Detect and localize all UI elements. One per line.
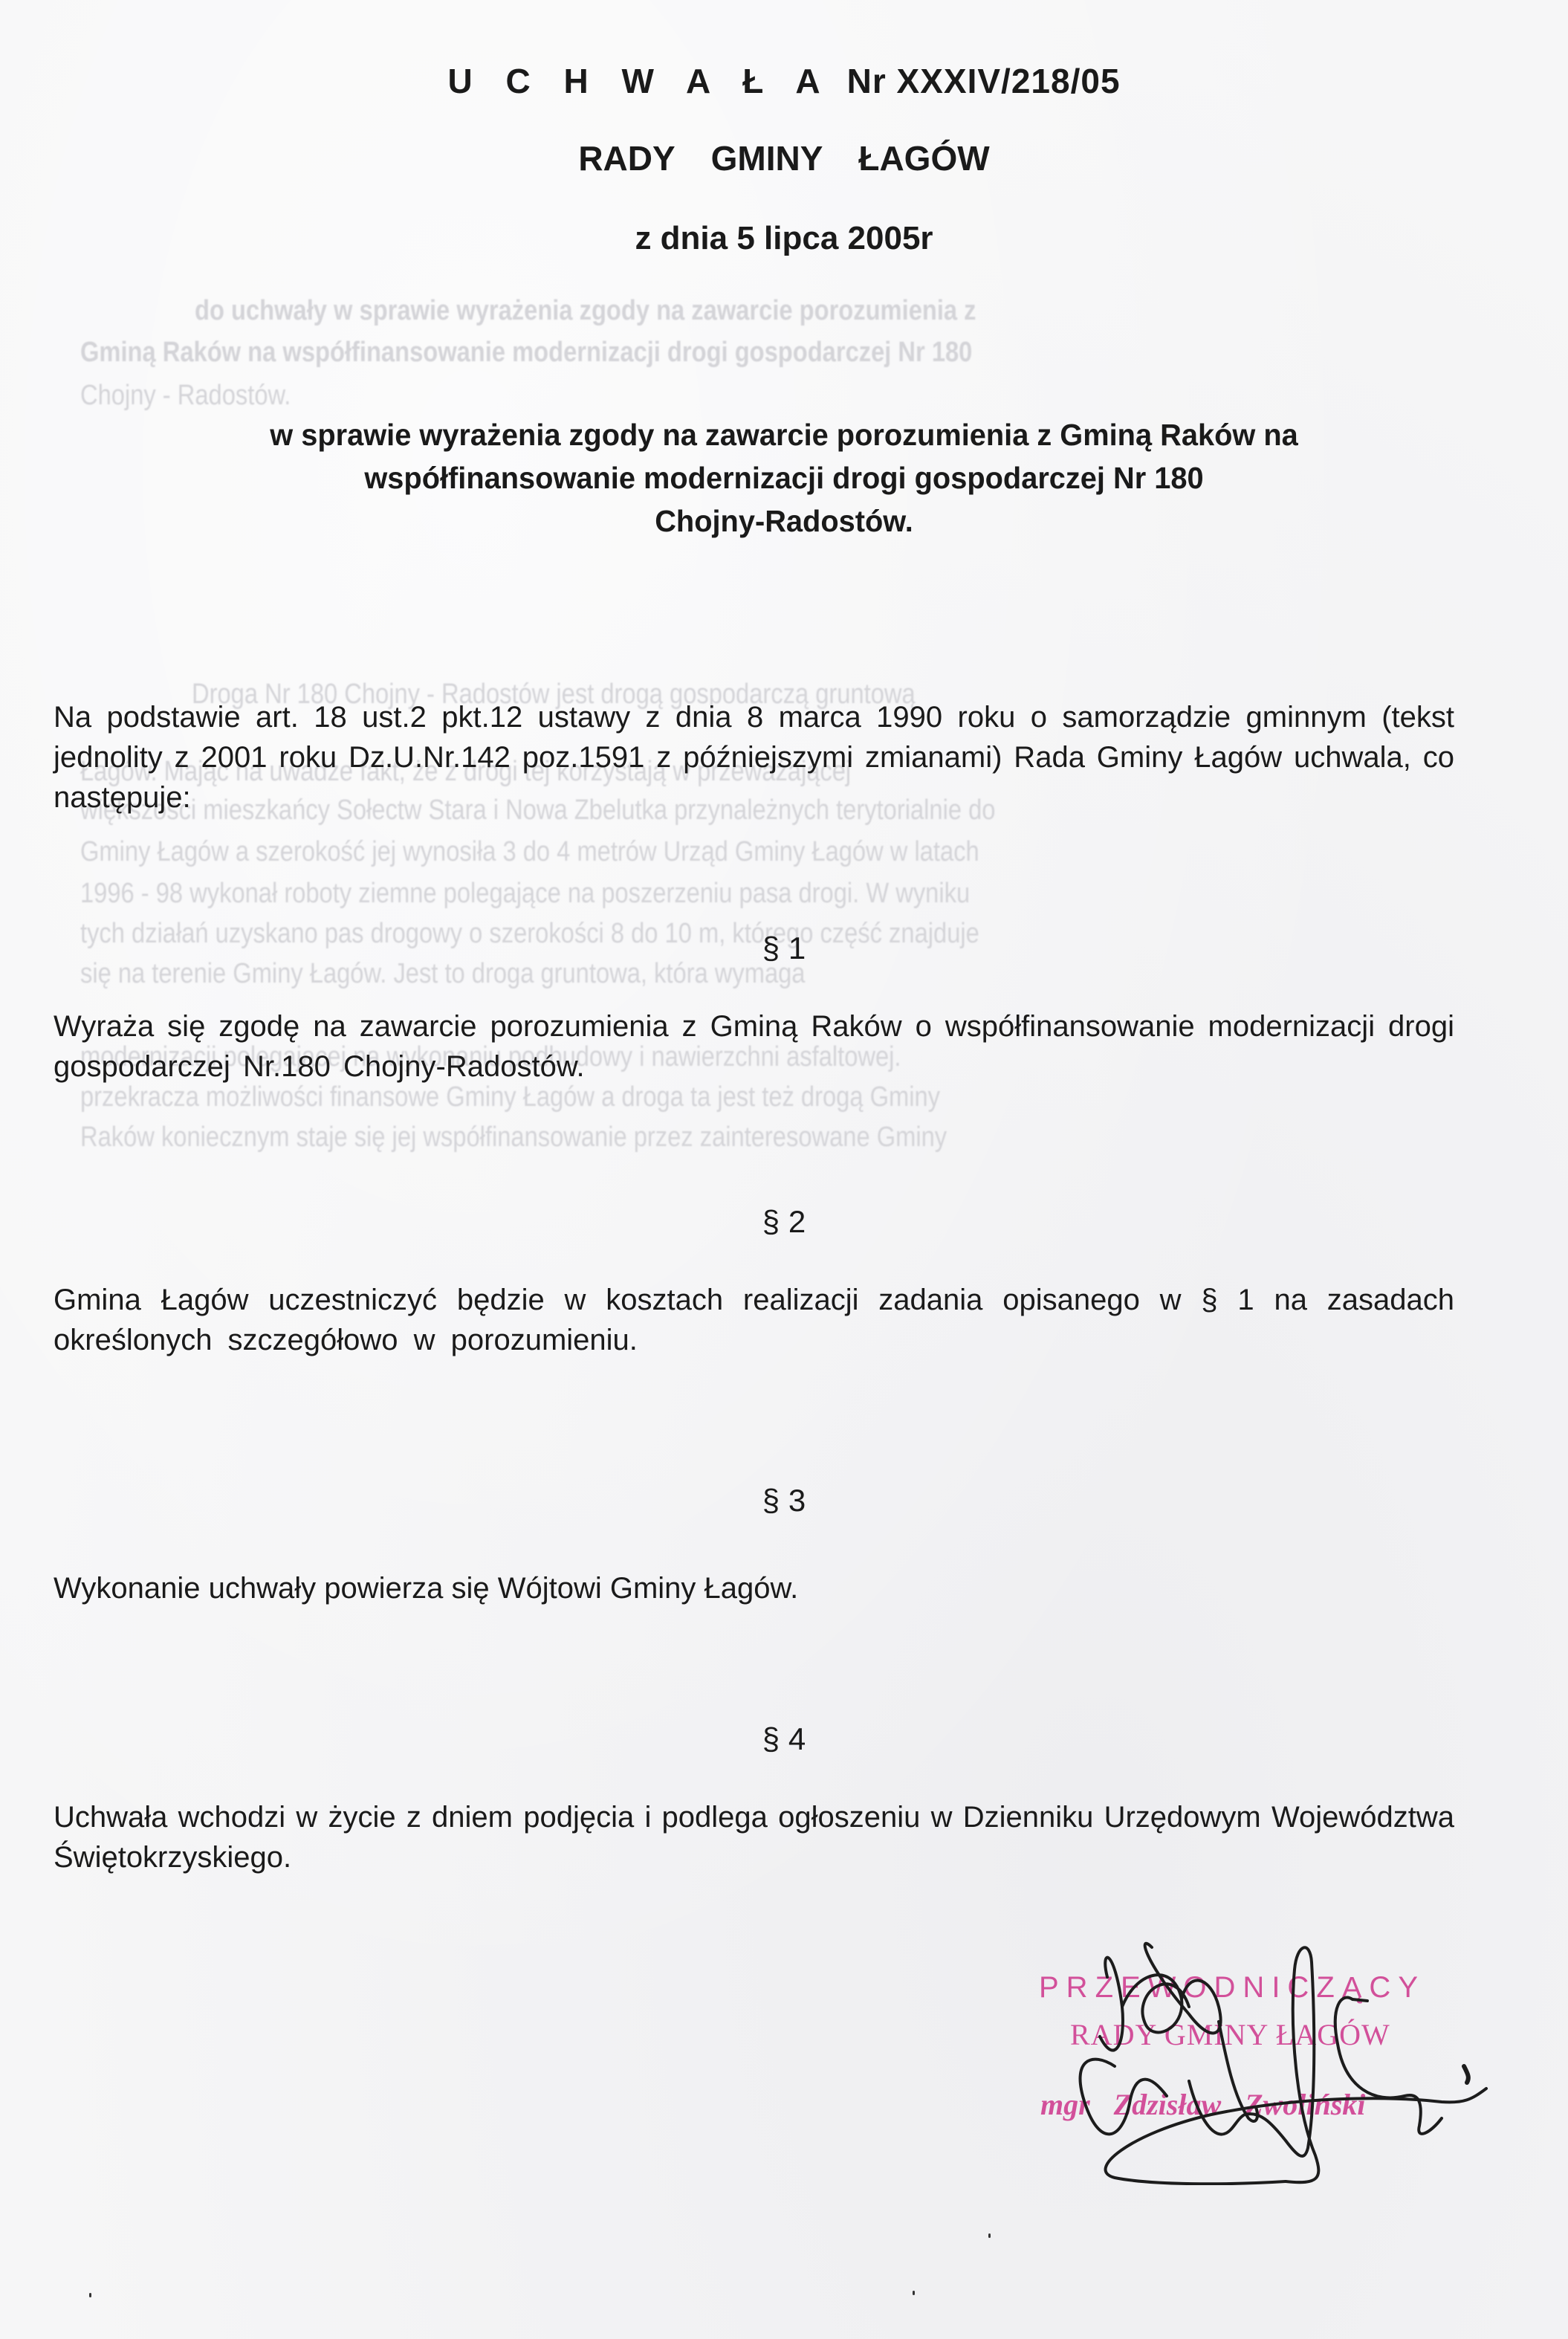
bleed-line: do uchwały w sprawie wyrażenia zgody na … <box>195 291 976 330</box>
bleed-line: Gminą Raków na współfinansowanie moderni… <box>80 333 972 372</box>
handwritten-signature <box>1003 1918 1523 2185</box>
section-mark-2: § 2 <box>0 1204 1568 1240</box>
scan-speck <box>89 2293 91 2297</box>
scan-speck <box>913 2291 915 2295</box>
section-mark-1: § 1 <box>0 931 1568 966</box>
section-text-3: Wykonanie uchwały powierza się Wójtowi G… <box>54 1568 1454 1608</box>
section-text-4: Uchwała wchodzi w życie z dniem podjęcia… <box>54 1797 1454 1877</box>
scan-speck <box>988 2233 991 2238</box>
section-mark-3: § 3 <box>0 1483 1568 1518</box>
resolution-date: z dnia 5 lipca 2005r <box>0 220 1568 257</box>
section-mark-4: § 4 <box>0 1721 1568 1757</box>
section-text-2: Gmina Łagów uczestniczyć będzie w koszta… <box>54 1280 1454 1360</box>
resolution-title: U C H W A Ł ANr XXXIV/218/05 <box>0 61 1568 101</box>
resolution-number: Nr XXXIV/218/05 <box>847 62 1121 100</box>
subject-line-3: Chojny-Radostów. <box>124 499 1443 543</box>
subject-line-2: współfinansowanie modernizacji drogi gos… <box>124 456 1443 499</box>
legal-basis-preamble: Na podstawie art. 18 ust.2 pkt.12 ustawy… <box>54 697 1454 818</box>
issuing-body: RADY GMINY ŁAGÓW <box>0 138 1568 178</box>
bleed-line: 1996 - 98 wykonał roboty ziemne polegają… <box>80 874 970 913</box>
resolution-subject: w sprawie wyrażenia zgody na zawarcie po… <box>124 413 1443 543</box>
section-text-1: Wyraża się zgodę na zawarcie porozumieni… <box>54 1006 1454 1087</box>
subject-line-1: w sprawie wyrażenia zgody na zawarcie po… <box>124 413 1443 456</box>
bleed-line: Gminy Łagów a szerokość jej wynosiła 3 d… <box>80 832 979 871</box>
bleed-line: Raków koniecznym staje się jej współfina… <box>80 1118 947 1156</box>
resolution-word: U C H W A Ł A <box>447 62 832 100</box>
bleed-line: Chojny - Radostów. <box>80 376 291 415</box>
